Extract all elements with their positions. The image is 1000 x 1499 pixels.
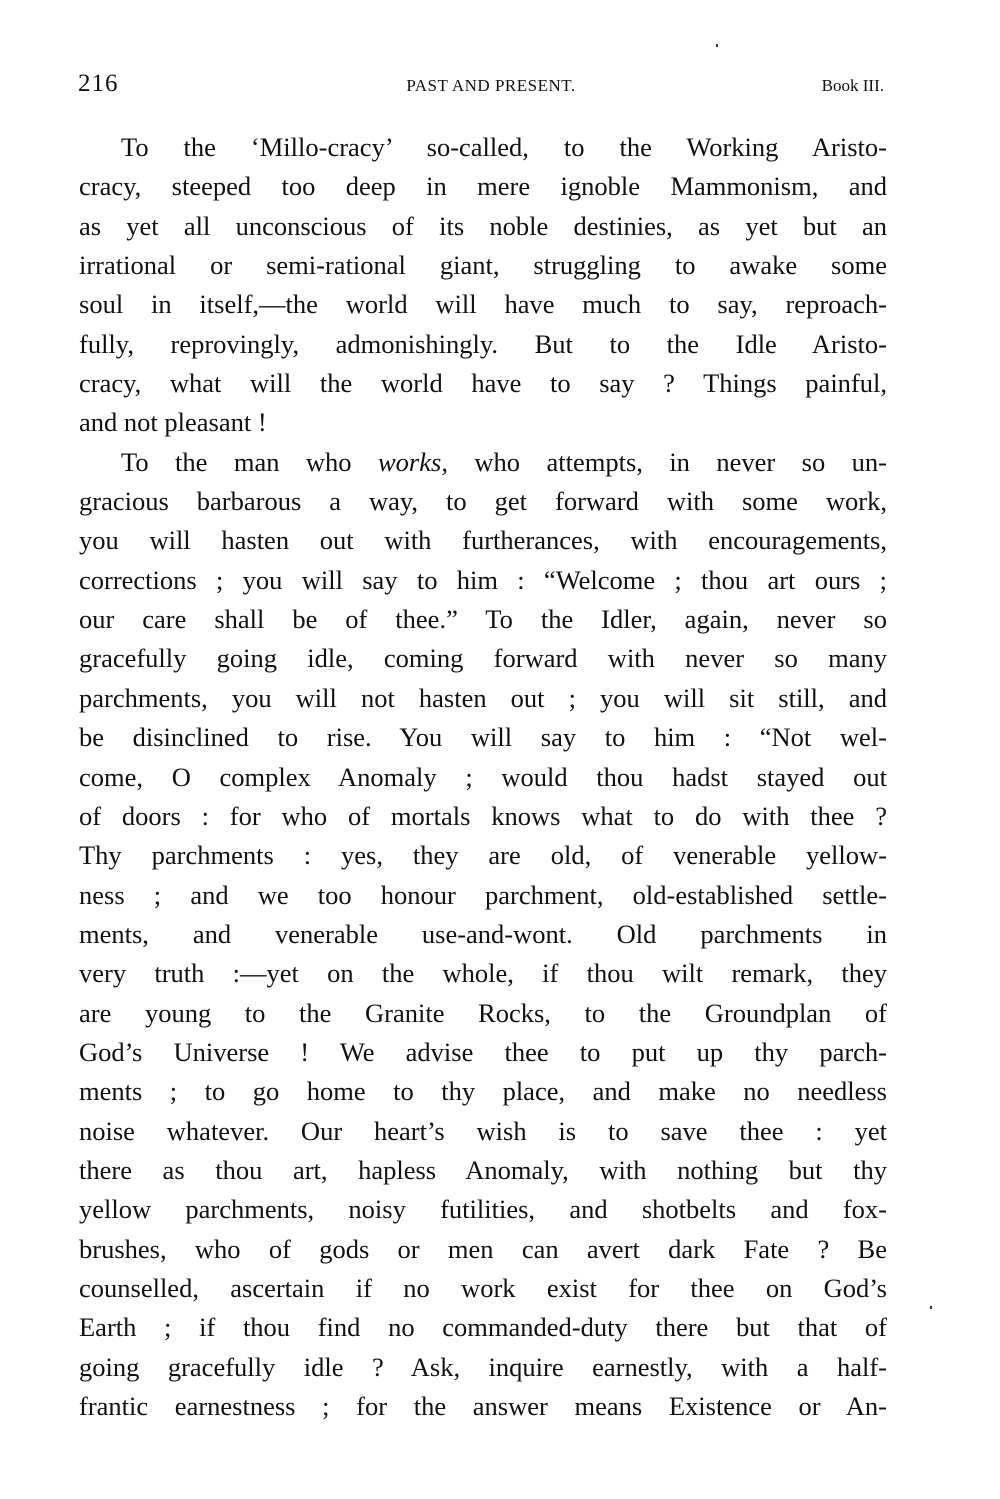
text-line: going gracefully idle ? Ask, inquire ear… <box>79 1348 887 1387</box>
text-run: who attempts, in never so un- <box>448 447 887 477</box>
text-line: soul in itself,—the world will have much… <box>79 285 887 324</box>
text-line: of doors : for who of mortals knows what… <box>79 797 887 836</box>
text-line: gracefully going idle, coming forward wi… <box>79 639 887 678</box>
text-line: brushes, who of gods or men can avert da… <box>79 1230 887 1269</box>
paragraph-1: To the ‘Millo-cracy’ so-called, to the W… <box>79 128 887 443</box>
running-header: 216 PAST AND PRESENT. Book III. <box>78 70 884 100</box>
text-line: there as thou art, hapless Anomaly, with… <box>79 1151 887 1190</box>
text-line: To the ‘Millo-cracy’ so-called, to the W… <box>79 128 887 167</box>
text-line: and not pleasant ! <box>79 403 887 442</box>
text-line: ments ; to go home to thy place, and mak… <box>79 1072 887 1111</box>
text-line: you will hasten out with furtherances, w… <box>79 521 887 560</box>
text-line: our care shall be of thee.” To the Idler… <box>79 600 887 639</box>
text-line: are young to the Granite Rocks, to the G… <box>79 994 887 1033</box>
text-line: very truth :—yet on the whole, if thou w… <box>79 954 887 993</box>
text-line: cracy, what will the world have to say ?… <box>79 364 887 403</box>
text-line: ness ; and we too honour parchment, old-… <box>79 876 887 915</box>
scan-speck <box>930 1306 932 1309</box>
text-line: ments, and venerable use-and-wont. Old p… <box>79 915 887 954</box>
text-line: be disinclined to rise. You will say to … <box>79 718 887 757</box>
text-line: fully, reprovingly, admonishingly. But t… <box>79 325 887 364</box>
text-line: Earth ; if thou find no commanded-duty t… <box>79 1308 887 1347</box>
text-run: To the man who <box>121 447 378 477</box>
running-title: PAST AND PRESENT. <box>78 76 884 96</box>
scan-speck <box>716 44 718 47</box>
text-line: noise whatever. Our heart’s wish is to s… <box>79 1112 887 1151</box>
text-line: frantic earnestness ; for the answer mea… <box>79 1387 887 1426</box>
book-page: 216 PAST AND PRESENT. Book III. To the ‘… <box>0 0 1000 1499</box>
book-label: Book III. <box>822 76 884 96</box>
text-line: irrational or semi-rational giant, strug… <box>79 246 887 285</box>
text-line: God’s Universe ! We advise thee to put u… <box>79 1033 887 1072</box>
text-line: To the man who works, who attempts, in n… <box>79 443 887 482</box>
body-text: To the ‘Millo-cracy’ so-called, to the W… <box>79 128 887 1426</box>
paragraph-2: To the man who works, who attempts, in n… <box>79 443 887 1427</box>
text-line: as yet all unconscious of its noble dest… <box>79 207 887 246</box>
text-line: gracious barbarous a way, to get forward… <box>79 482 887 521</box>
text-line: come, O complex Anomaly ; would thou had… <box>79 758 887 797</box>
text-line: parchments, you will not hasten out ; yo… <box>79 679 887 718</box>
text-line: Thy parchments : yes, they are old, of v… <box>79 836 887 875</box>
text-line: yellow parchments, noisy futilities, and… <box>79 1190 887 1229</box>
text-line: cracy, steeped too deep in mere ignoble … <box>79 167 887 206</box>
italic-emphasis: works, <box>378 447 448 477</box>
text-line: corrections ; you will say to him : “Wel… <box>79 561 887 600</box>
text-line: counselled, ascertain if no work exist f… <box>79 1269 887 1308</box>
